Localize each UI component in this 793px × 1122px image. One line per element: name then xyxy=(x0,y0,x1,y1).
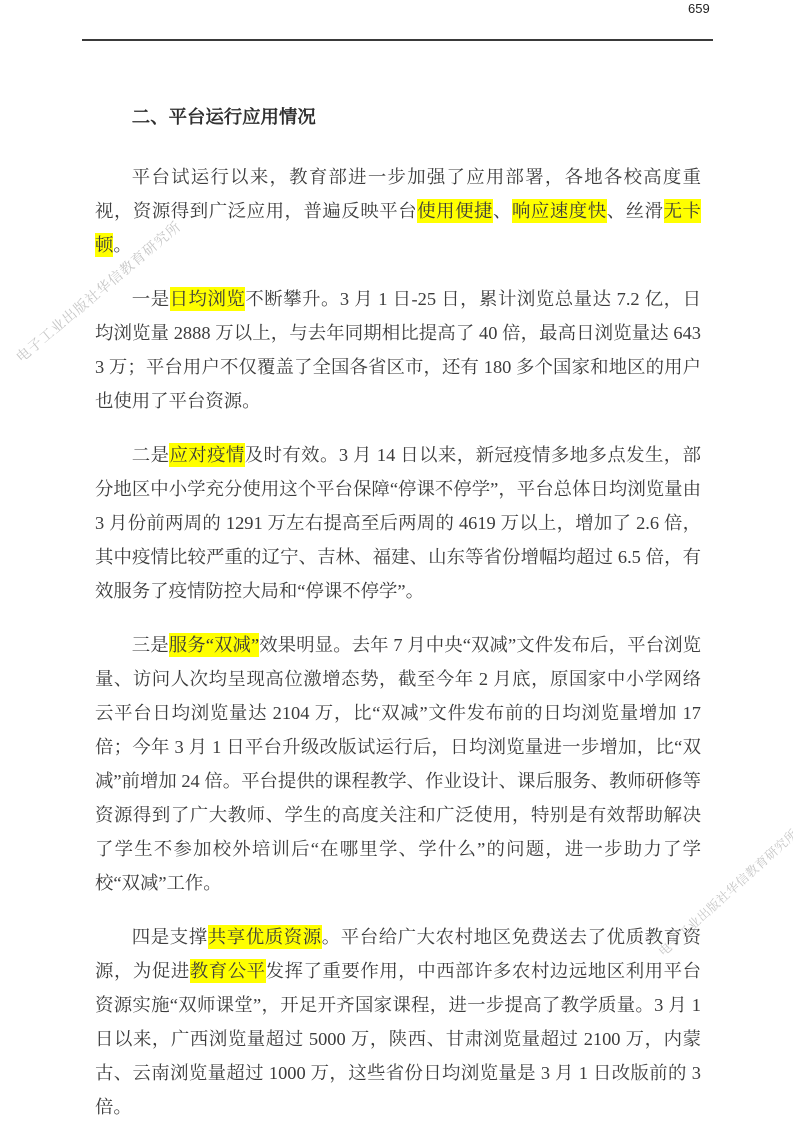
highlighted-text: 日均浏览 xyxy=(170,287,246,311)
page-number: 659 xyxy=(688,1,710,16)
header-rule xyxy=(82,39,713,41)
text-segment: 二是 xyxy=(132,445,170,465)
highlighted-text: 使用便捷 xyxy=(417,199,493,223)
paragraph-platform-overview: 平台试运行以来，教育部进一步加强了应用部署，各地各校高度重视，资源得到广泛应用，… xyxy=(95,160,701,262)
highlighted-text: 共享优质资源 xyxy=(208,925,322,949)
document-body: 二、平台运行应用情况 平台试运行以来，教育部进一步加强了应用部署，各地各校高度重… xyxy=(95,0,701,1122)
highlighted-text: 教育公平 xyxy=(190,959,266,983)
text-segment: 、 xyxy=(493,201,512,221)
highlighted-text: 应对疫情 xyxy=(169,443,244,467)
highlighted-text: 服务“双减” xyxy=(169,633,259,657)
text-segment: 及时有效。3 月 14 日以来，新冠疫情多地多点发生，部分地区中小学充分使用这个… xyxy=(95,445,701,601)
text-segment: 三是 xyxy=(132,635,169,655)
section-heading: 二、平台运行应用情况 xyxy=(95,100,701,134)
text-segment: 发挥了重要作用，中西部许多农村边远地区利用平台资源实施“双师课堂”，开足开齐国家… xyxy=(95,961,701,1117)
document-page: 659 电子工业出版社华信教育研究所 电子工业出版社华信教育研究所 二、平台运行… xyxy=(0,0,793,1122)
text-segment: 一是 xyxy=(132,289,170,309)
text-segment: 、丝滑 xyxy=(607,201,664,221)
text-segment: 。 xyxy=(113,235,131,255)
text-segment: 四是支撑 xyxy=(132,927,208,947)
text-segment: 效果明显。去年 7 月中央“双减”文件发布后，平台浏览量、访问人次均呈现高位激增… xyxy=(95,635,701,893)
highlighted-text: 响应速度快 xyxy=(512,199,607,223)
paragraph-quality-resources: 四是支撑共享优质资源。平台给广大农村地区免费送去了优质教育资源，为促进教育公平发… xyxy=(95,920,701,1122)
paragraph-epidemic-response: 二是应对疫情及时有效。3 月 14 日以来，新冠疫情多地多点发生，部分地区中小学… xyxy=(95,438,701,608)
paragraph-daily-views: 一是日均浏览不断攀升。3 月 1 日-25 日，累计浏览总量达 7.2 亿，日均… xyxy=(95,282,701,418)
paragraph-double-reduction: 三是服务“双减”效果明显。去年 7 月中央“双减”文件发布后，平台浏览量、访问人… xyxy=(95,628,701,900)
